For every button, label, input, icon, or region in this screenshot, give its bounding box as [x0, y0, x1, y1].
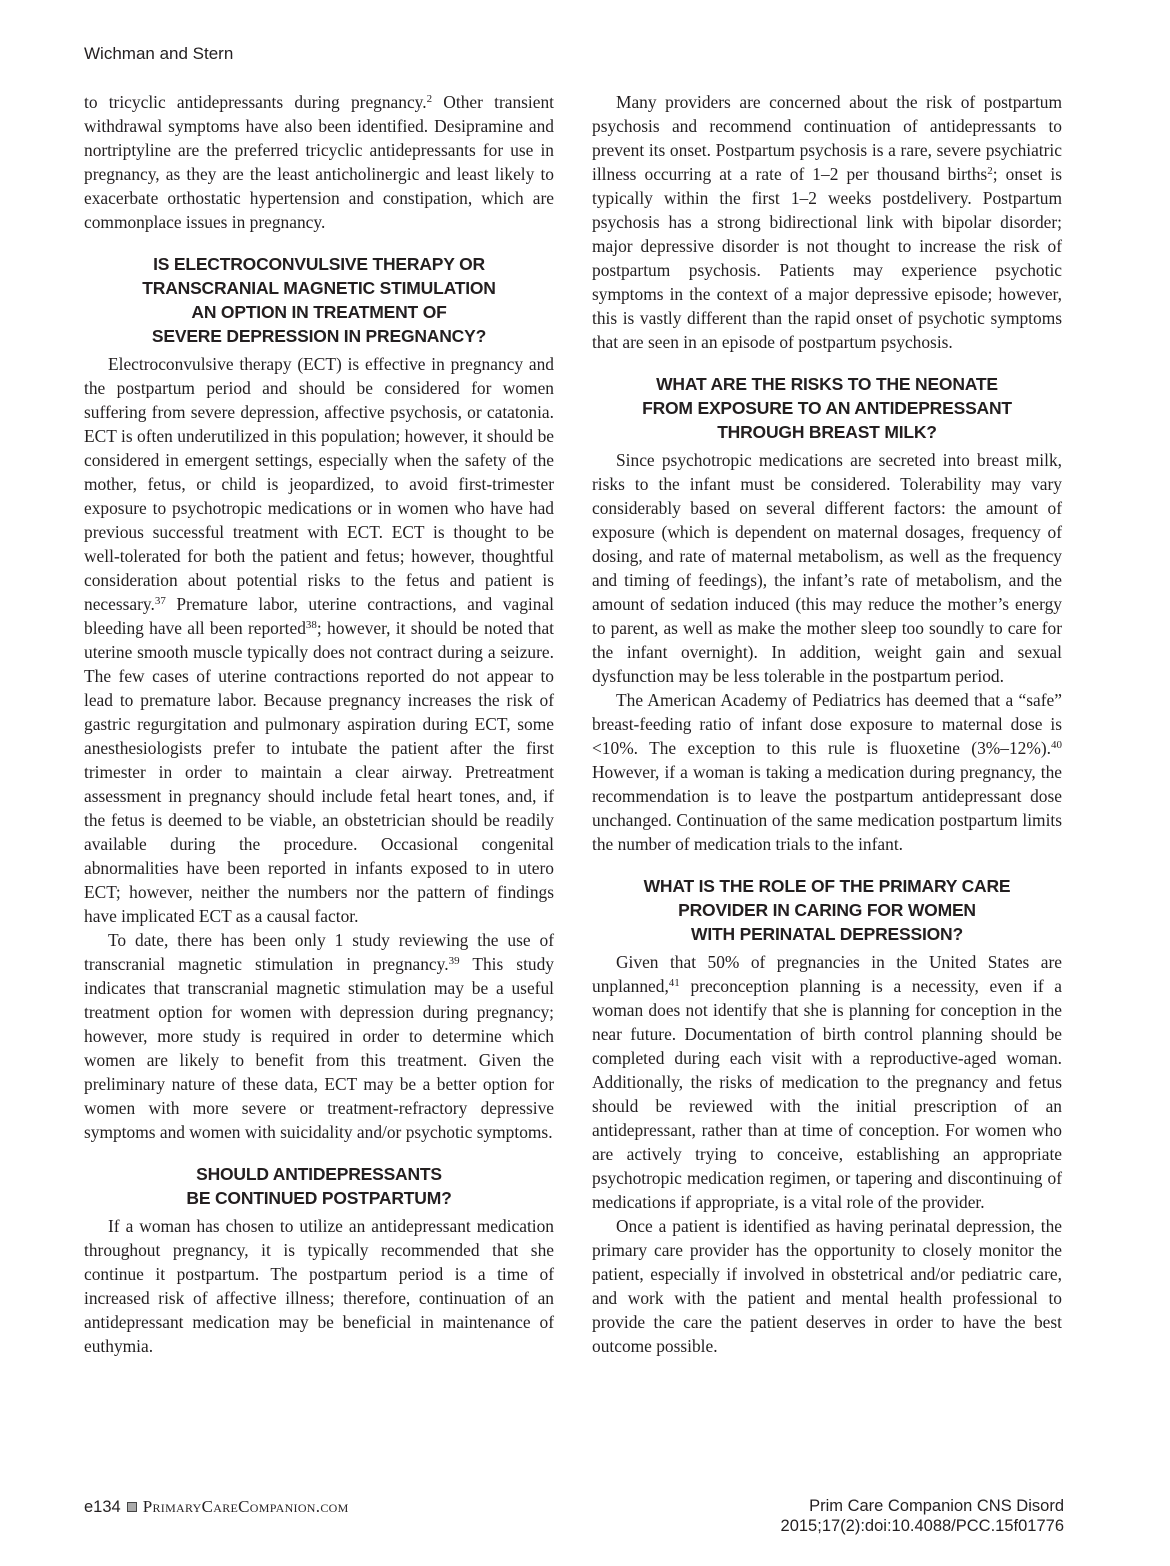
footer-left: e134 PrimaryCareCompanion.com — [84, 1497, 349, 1517]
citation-ref: 37 — [155, 595, 166, 607]
text: to tricyclic antidepressants during preg… — [84, 92, 427, 112]
footer-citation: Prim Care Companion CNS Disord 2015;17(2… — [781, 1496, 1064, 1536]
text: However, if a woman is taking a medicati… — [592, 762, 1062, 854]
running-head: Wichman and Stern — [84, 44, 233, 64]
paragraph: Once a patient is identified as having p… — [592, 1214, 1062, 1358]
citation-ref: 38 — [306, 619, 317, 631]
paragraph: To date, there has been only 1 study rev… — [84, 928, 554, 1144]
paragraph: The American Academy of Pediatrics has d… — [592, 688, 1062, 856]
site-name: PrimaryCareCompanion.com — [143, 1497, 349, 1517]
right-column: Many providers are concerned about the r… — [592, 90, 1062, 1358]
section-heading-breast-milk: WHAT ARE THE RISKS TO THE NEONATE FROM E… — [592, 372, 1062, 444]
text: Electroconvulsive therapy (ECT) is effec… — [84, 354, 554, 614]
text: This study indicates that transcranial m… — [84, 954, 554, 1142]
page-number: e134 — [84, 1498, 121, 1517]
text: The American Academy of Pediatrics has d… — [592, 690, 1062, 758]
paragraph: Since psychotropic medications are secre… — [592, 448, 1062, 688]
text: ; onset is typically within the first 1–… — [592, 164, 1062, 352]
left-column: to tricyclic antidepressants during preg… — [84, 90, 554, 1358]
paragraph: If a woman has chosen to utilize an anti… — [84, 1214, 554, 1358]
square-bullet-icon — [127, 1502, 137, 1512]
paragraph: Given that 50% of pregnancies in the Uni… — [592, 950, 1062, 1214]
text: preconception planning is a necessity, e… — [592, 976, 1062, 1212]
paragraph: Many providers are concerned about the r… — [592, 90, 1062, 354]
journal-name: Prim Care Companion CNS Disord — [781, 1496, 1064, 1516]
text: ; however, it should be noted that uteri… — [84, 618, 554, 926]
section-heading-primary-care-role: WHAT IS THE ROLE OF THE PRIMARY CARE PRO… — [592, 874, 1062, 946]
doi-citation: 2015;17(2):doi:10.4088/PCC.15f01776 — [781, 1516, 1064, 1536]
section-heading-continue-postpartum: SHOULD ANTIDEPRESSANTS BE CONTINUED POST… — [84, 1162, 554, 1210]
citation-ref: 39 — [449, 955, 460, 967]
citation-ref: 40 — [1051, 739, 1062, 751]
paragraph: to tricyclic antidepressants during preg… — [84, 90, 554, 234]
text: Other transient withdrawal symptoms have… — [84, 92, 554, 232]
section-heading-ect-tms: IS ELECTROCONVULSIVE THERAPY OR TRANSCRA… — [84, 252, 554, 348]
citation-ref: 41 — [669, 977, 680, 989]
paragraph: Electroconvulsive therapy (ECT) is effec… — [84, 352, 554, 928]
